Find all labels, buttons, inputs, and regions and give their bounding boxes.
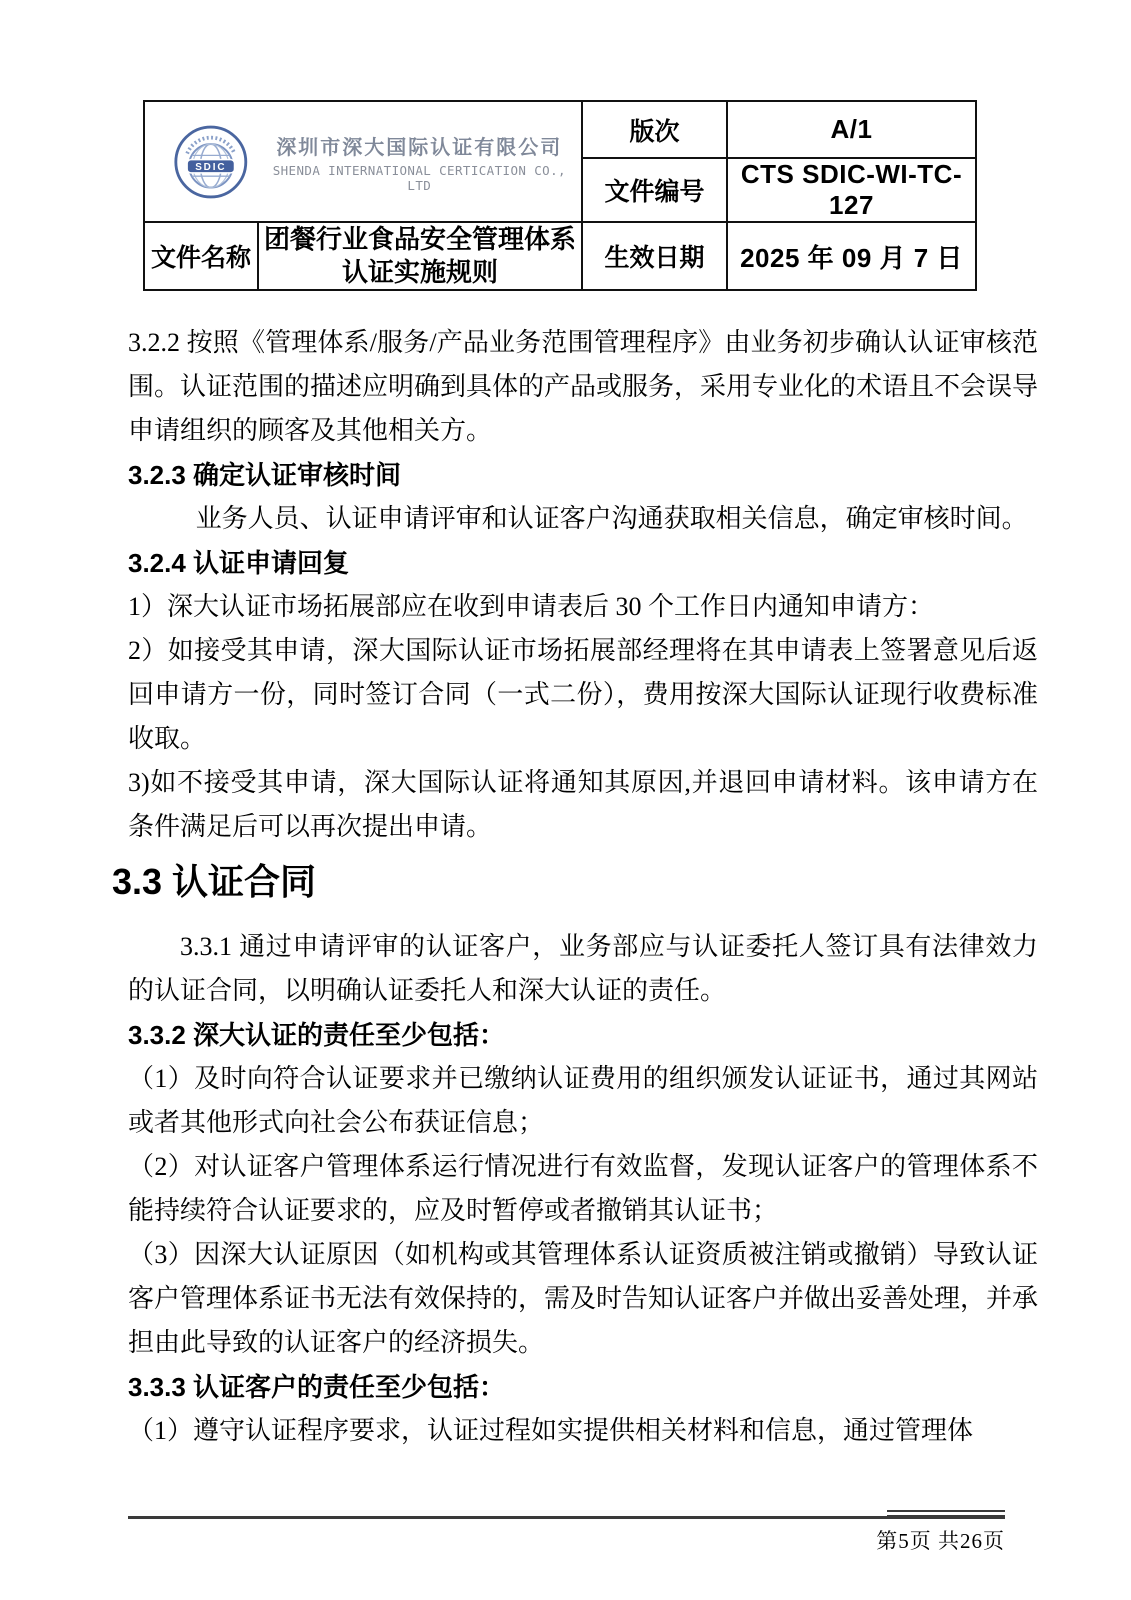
para-3-2-2: 3.2.2 按照《管理体系/服务/产品业务范围管理程序》由业务初步确认认证审核范… <box>128 321 1038 453</box>
item-2-sdic-duty: （2）对认证客户管理体系运行情况进行有效监督，发现认证客户的管理体系不能持续符合… <box>128 1145 1038 1233</box>
item-2-accept: 2）如接受其申请，深大国际认证市场拓展部经理将在其申请表上签署意见后返回申请方一… <box>128 629 1038 761</box>
company-name-cn: 深圳市深大国际认证有限公司 <box>258 131 581 160</box>
footer-rule-accent <box>887 1510 1005 1516</box>
item-1-client-duty: （1）遵守认证程序要求，认证过程如实提供相关材料和信息，通过管理体 <box>128 1409 1038 1453</box>
version-value-cell: A/1 <box>727 101 976 158</box>
heading-3-3-2: 3.3.2 深大认证的责任至少包括： <box>128 1013 1038 1057</box>
company-logo: SDIC 深圳市深大国际认证有限公司 SHENDA INTERNATIONAL … <box>145 124 581 200</box>
para-3-3-1: 3.3.1 通过申请评审的认证客户，业务部应与认证委托人签订具有法律效力的认证合… <box>128 925 1038 1013</box>
para-audit-time: 业务人员、认证申请评审和认证客户沟通获取相关信息，确定审核时间。 <box>128 497 1038 541</box>
document-body: 3.2.2 按照《管理体系/服务/产品业务范围管理程序》由业务初步确认认证审核范… <box>128 321 1038 1453</box>
heading-3-3-3: 3.3.3 认证客户的责任至少包括： <box>128 1365 1038 1409</box>
heading-3-2-3: 3.2.3 确定认证审核时间 <box>128 453 1038 497</box>
document-header-table: SDIC 深圳市深大国际认证有限公司 SHENDA INTERNATIONAL … <box>143 100 977 291</box>
doc-name-value-cell: 团餐行业食品安全管理体系认证实施规则 <box>258 222 582 290</box>
effective-date-label-cell: 生效日期 <box>582 222 727 290</box>
svg-text:SDIC: SDIC <box>195 162 226 173</box>
company-names: 深圳市深大国际认证有限公司 SHENDA INTERNATIONAL CERTI… <box>258 131 581 193</box>
item-3-sdic-duty: （3）因深大认证原因（如机构或其管理体系认证资质被注销或撤销）导致认证客户管理体… <box>128 1233 1038 1365</box>
page-footer: 第5页 共26页 <box>128 1516 1005 1555</box>
doc-number-label-cell: 文件编号 <box>582 158 727 222</box>
company-name-en: SHENDA INTERNATIONAL CERTICATION CO., LT… <box>258 163 581 193</box>
doc-number-value-cell: CTS SDIC-WI-TC-127 <box>727 158 976 222</box>
version-label-cell: 版次 <box>582 101 727 158</box>
item-1-sdic-duty: （1）及时向符合认证要求并已缴纳认证费用的组织颁发认证证书，通过其网站或者其他形… <box>128 1057 1038 1145</box>
sdic-logo-icon: SDIC <box>173 124 249 200</box>
item-3-reject: 3)如不接受其申请，深大国际认证将通知其原因,并退回申请材料。该申请方在条件满足… <box>128 761 1038 849</box>
heading-3-2-4: 3.2.4 认证申请回复 <box>128 541 1038 585</box>
heading-3-3: 3.3 认证合同 <box>112 857 1038 907</box>
company-logo-cell: SDIC 深圳市深大国际认证有限公司 SHENDA INTERNATIONAL … <box>144 101 582 222</box>
effective-date-value-cell: 2025 年 09 月 7 日 <box>727 222 976 290</box>
page-number: 第5页 共26页 <box>128 1525 1005 1555</box>
document-page: SDIC 深圳市深大国际认证有限公司 SHENDA INTERNATIONAL … <box>0 0 1131 1600</box>
item-1-notify: 1）深大认证市场拓展部应在收到申请表后 30 个工作日内通知申请方： <box>128 585 1038 629</box>
doc-name-label-cell: 文件名称 <box>144 222 258 290</box>
footer-rule <box>128 1516 1005 1519</box>
